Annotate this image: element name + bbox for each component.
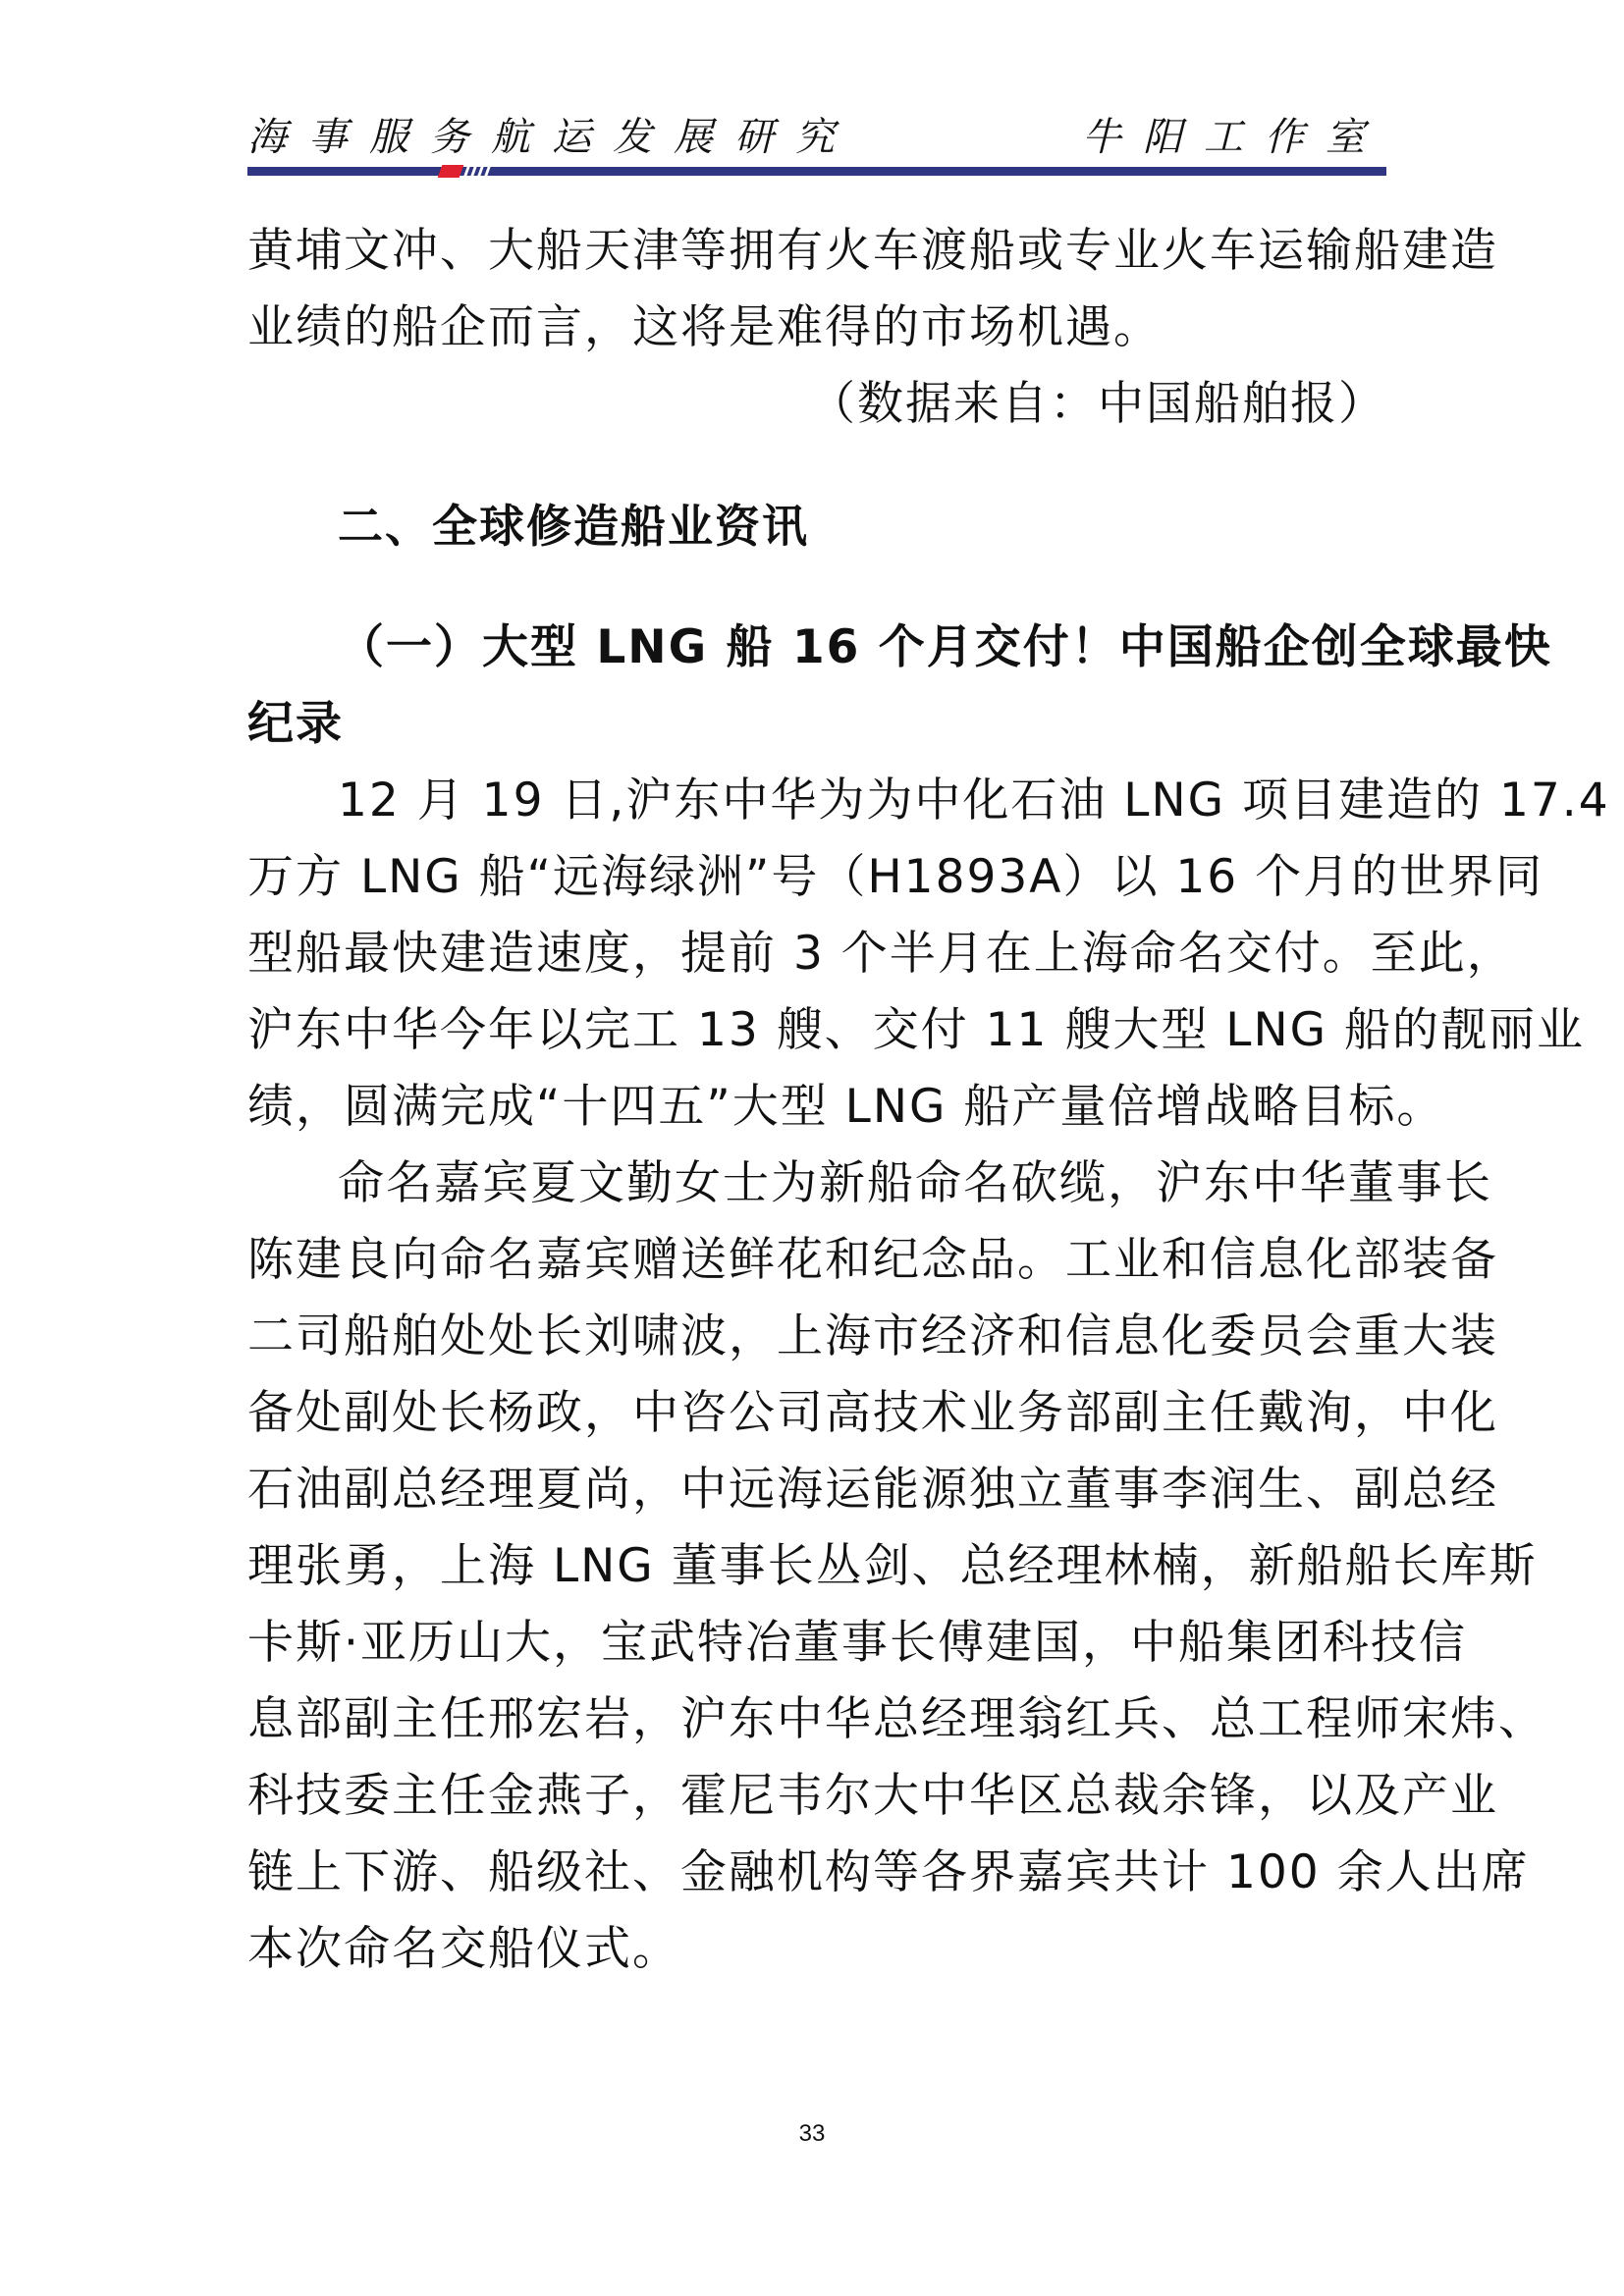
- body-text-line: 卡斯·亚历山大，宝武特冶董事长傅建国，中船集团科技信: [247, 1606, 1386, 1672]
- body-text-line: 息部副主任邢宏岩，沪东中华总经理翁红兵、总工程师宋炜、: [247, 1682, 1386, 1748]
- header-right-title: 牛阳工作室: [1082, 106, 1386, 162]
- body-text-line: 12 月 19 日,沪东中华为为中化石油 LNG 项目建造的 17.4: [247, 764, 1386, 829]
- header-left-title: 海事服务航运发展研究: [247, 106, 856, 162]
- body-text-line: 黄埔文冲、大船天津等拥有火车渡船或专业火车运输船建造: [247, 214, 1386, 280]
- body-text-line: 绩，圆满完成“十四五”大型 LNG 船产量倍增战略目标。: [247, 1070, 1386, 1136]
- body-text-line: 业绩的船企而言，这将是难得的市场机遇。: [247, 291, 1386, 356]
- body-text-line: 科技委主任金燕子，霍尼韦尔大中华区总裁余锋，以及产业: [247, 1759, 1386, 1825]
- body-text-line: 备处副处长杨政，中咨公司高技术业务部副主任戴洵，中化: [247, 1376, 1386, 1442]
- page-header: 海事服务航运发展研究 牛阳工作室: [247, 106, 1386, 155]
- header-rule: [247, 167, 1386, 176]
- body-text-line: 本次命名交船仪式。: [247, 1912, 1386, 1978]
- page-number: 33: [0, 2120, 1624, 2148]
- source-note: （数据来自：中国船舶报）: [247, 367, 1386, 433]
- header-rule-accent-icon: [432, 165, 501, 178]
- body-text-line: 型船最快建造速度，提前 3 个半月在上海命名交付。至此，: [247, 917, 1386, 983]
- body-text-line: 二司船舶处处长刘啸波，上海市经济和信息化委员会重大装: [247, 1300, 1386, 1365]
- body-text-line: 沪东中华今年以完工 13 艘、交付 11 艘大型 LNG 船的靓丽业: [247, 993, 1386, 1059]
- section-heading: 二、全球修造船业资讯: [247, 491, 1386, 556]
- subsection-heading: （一）大型 LNG 船 16 个月交付！中国船企创全球最快: [247, 611, 1386, 676]
- body-text-line: 石油副总经理夏尚，中远海运能源独立董事李润生、副总经: [247, 1453, 1386, 1519]
- subsection-heading: 纪录: [247, 687, 1386, 753]
- body-text-line: 理张勇，上海 LNG 董事长丛剑、总经理林楠，新船船长库斯: [247, 1529, 1386, 1595]
- body-text-line: 陈建良向命名嘉宾赠送鲜花和纪念品。工业和信息化部装备: [247, 1223, 1386, 1289]
- body-text-line: 链上下游、船级社、金融机构等各界嘉宾共计 100 余人出席: [247, 1836, 1386, 1901]
- body-text-line: 命名嘉宾夏文勤女士为新船命名砍缆，沪东中华董事长: [247, 1147, 1386, 1212]
- body-text-line: 万方 LNG 船“远海绿洲”号（H1893A）以 16 个月的世界同: [247, 840, 1386, 906]
